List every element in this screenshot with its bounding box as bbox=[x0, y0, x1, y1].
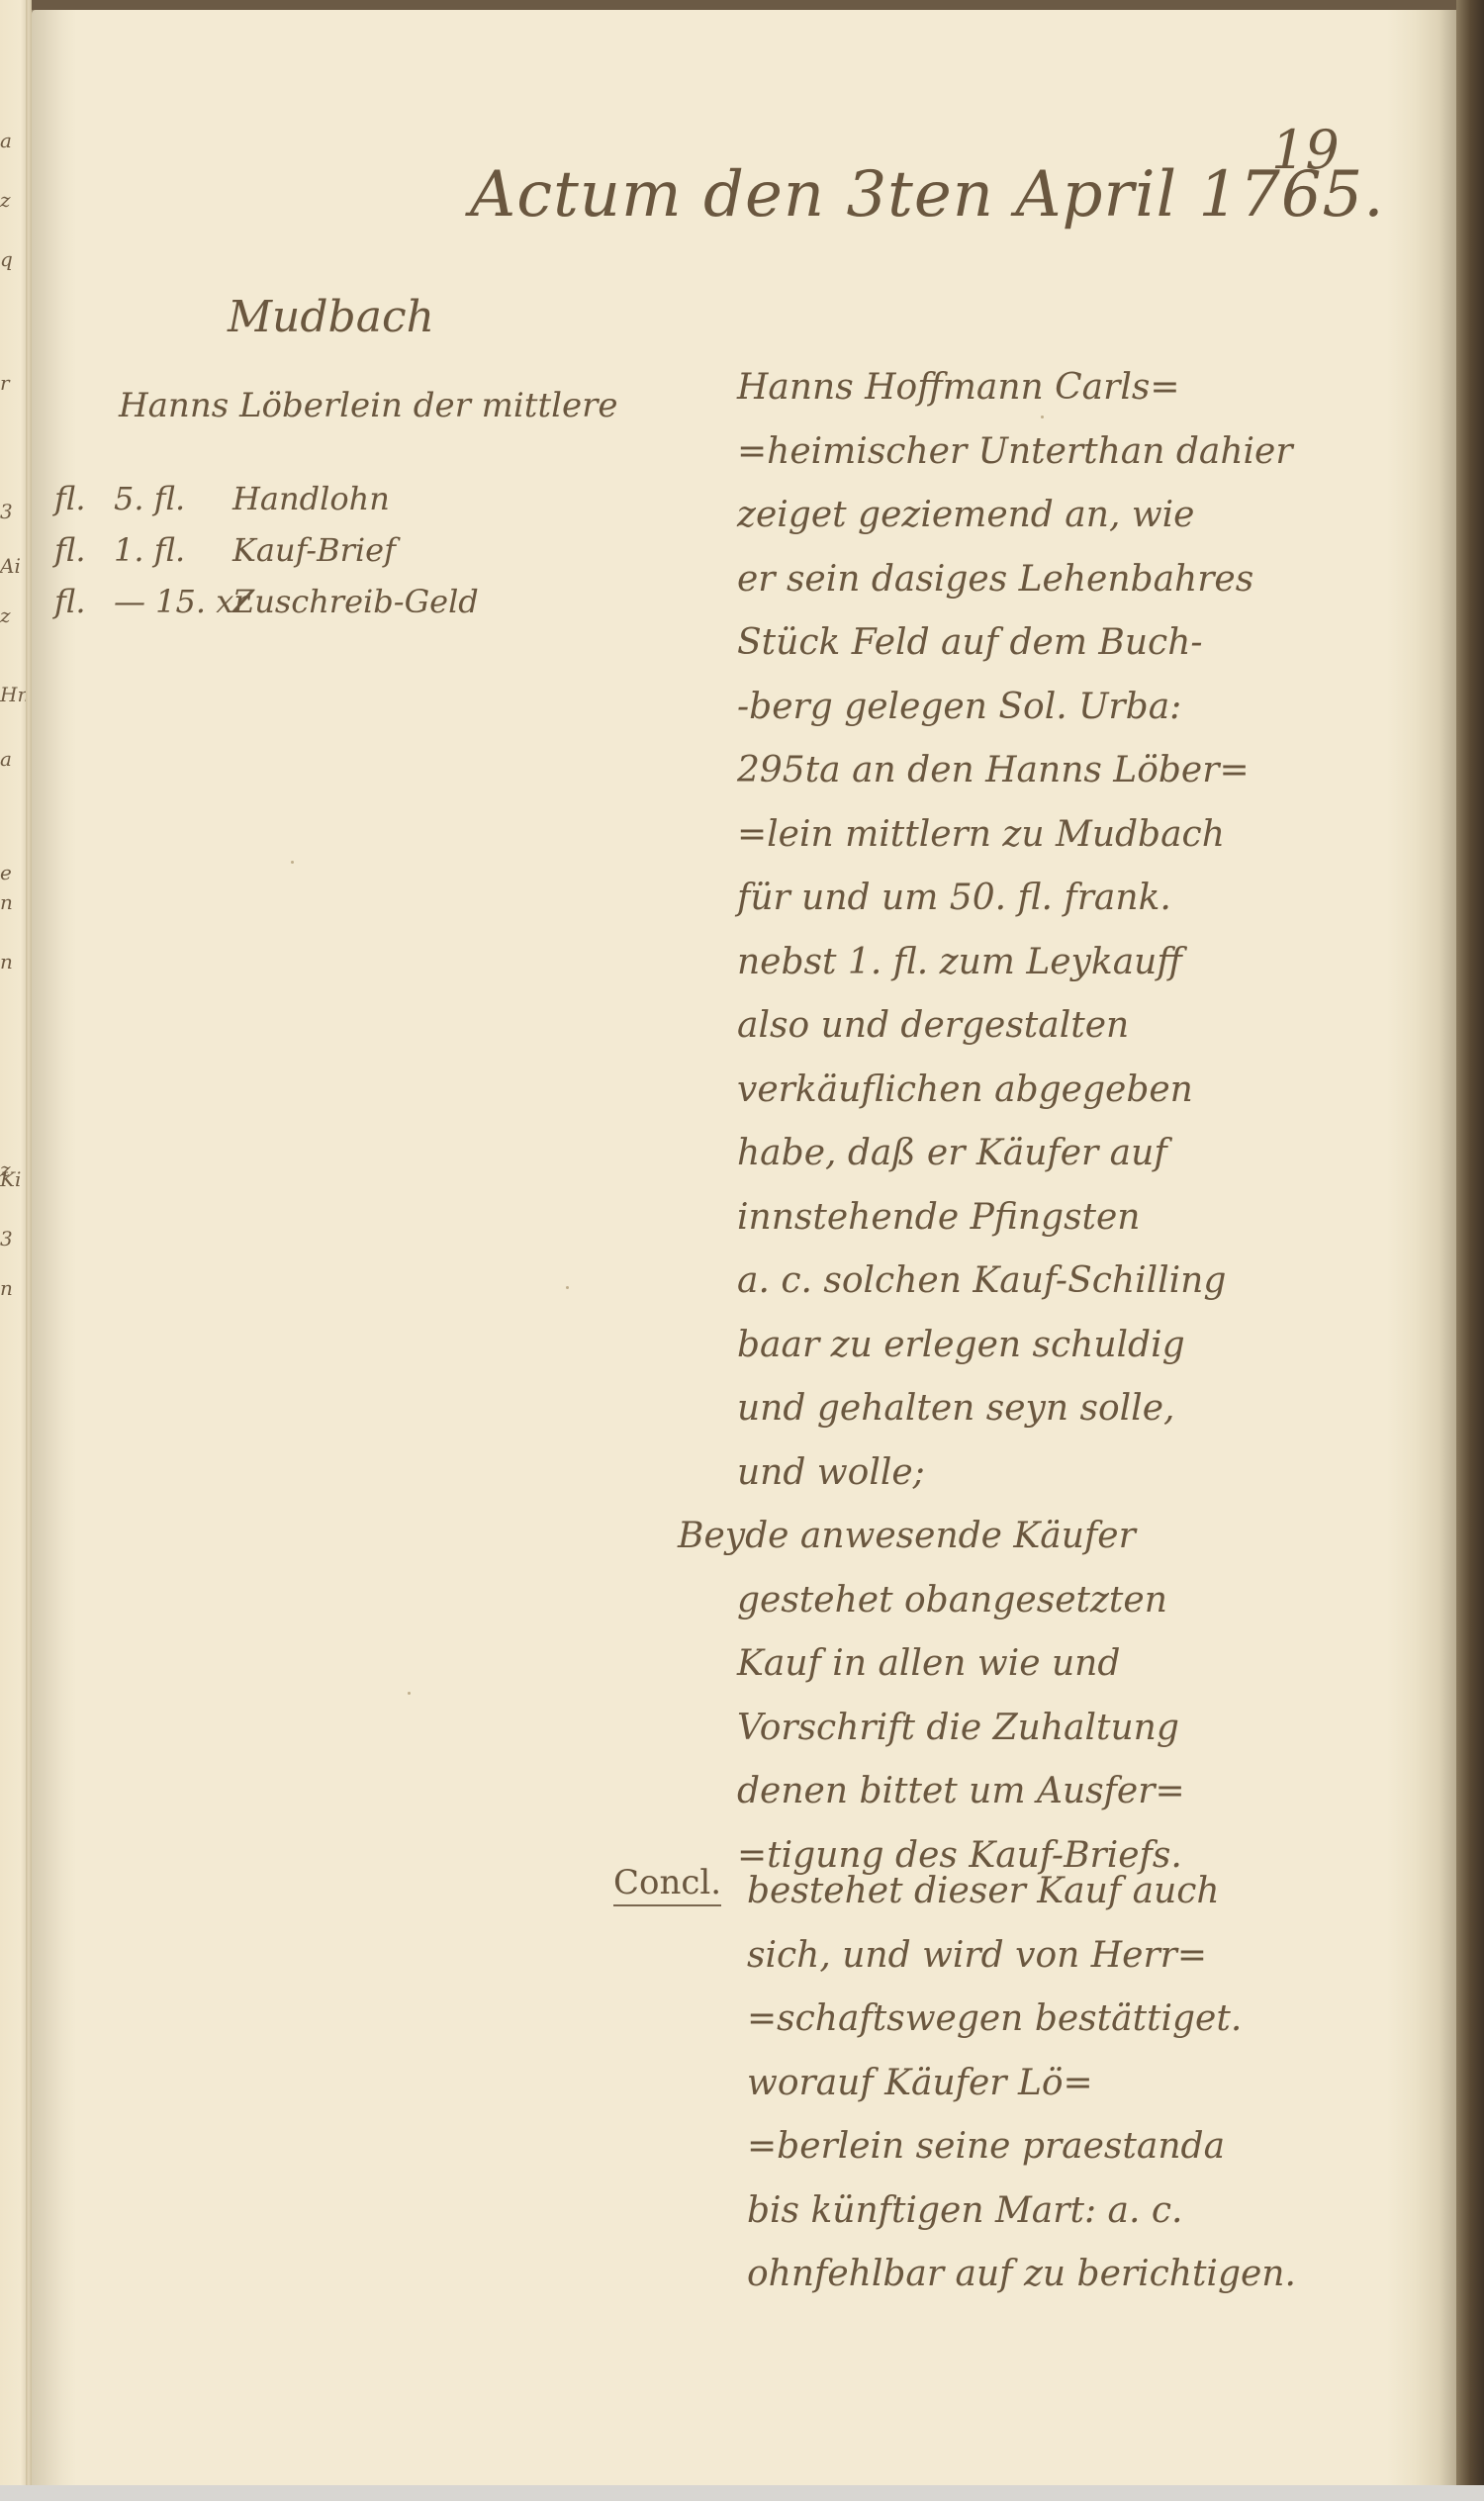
facing-page-fragment: q bbox=[0, 247, 28, 271]
margin-person-name: Hanns Löberlein der mittlere bbox=[119, 386, 618, 425]
text-line: innstehende Pfingsten bbox=[737, 1186, 1390, 1250]
conclusion-label: Concl. bbox=[613, 1863, 721, 1906]
text-line: bestehet dieser Kauf auch bbox=[747, 1860, 1400, 1924]
book-cover-edge bbox=[1456, 0, 1484, 2501]
facing-page-fragment: Hn bbox=[0, 683, 28, 706]
text-line: =lein mittlern zu Mudbach bbox=[737, 803, 1390, 868]
text-line: sich, und wird von Herr= bbox=[747, 1924, 1400, 1989]
text-line: und gehalten seyn solle, bbox=[737, 1377, 1390, 1441]
currency-symbol: fl. bbox=[54, 480, 114, 517]
facing-page-fragment: 3 bbox=[0, 500, 28, 523]
text-line: gestehet obangesetzten bbox=[737, 1569, 1390, 1633]
text-line: baar zu erlegen schuldig bbox=[737, 1314, 1390, 1378]
text-line: zeiget geziemend an, wie bbox=[737, 484, 1390, 548]
text-line: =schaftswegen bestättiget. bbox=[747, 1988, 1400, 2052]
text-line: verkäuflichen abgegeben bbox=[737, 1059, 1390, 1123]
ledger-amount: 1. fl. bbox=[114, 531, 232, 569]
facing-page-fragment: n bbox=[0, 1276, 28, 1300]
ledger-amount: — 15. xr bbox=[114, 583, 232, 620]
ledger-row: fl. 5. fl. Handlohn bbox=[54, 480, 479, 531]
text-line: er sein dasiges Lehenbahres bbox=[737, 548, 1390, 612]
fee-ledger: fl. 5. fl. Handlohn fl. 1. fl. Kauf-Brie… bbox=[54, 480, 479, 634]
currency-symbol: fl. bbox=[54, 531, 114, 569]
ledger-description: Handlohn bbox=[232, 480, 390, 517]
facing-page-fragment: a bbox=[0, 129, 28, 152]
currency-symbol: fl. bbox=[54, 583, 114, 620]
gutter-shadow bbox=[32, 10, 76, 2493]
text-line: bis künftigen Mart: a. c. bbox=[747, 2179, 1400, 2244]
margin-place-name: Mudbach bbox=[228, 292, 434, 342]
ledger-description: Zuschreib-Geld bbox=[232, 583, 479, 620]
ledger-amount: 5. fl. bbox=[114, 480, 232, 517]
ledger-row: fl. — 15. xr Zuschreib-Geld bbox=[54, 583, 479, 634]
facing-page-fragment: n bbox=[0, 890, 28, 914]
text-line: Beyde anwesende Käufer bbox=[678, 1505, 1390, 1569]
facing-page-fragment: r bbox=[0, 371, 28, 395]
text-line: ohnfehlbar auf zu berichtigen. bbox=[747, 2243, 1400, 2307]
manuscript-scan: a z q r 3 Ai z Hn a e n n z Ki 3 n 19 Ac… bbox=[0, 0, 1484, 2501]
text-line: denen bittet um Ausfer= bbox=[737, 1760, 1390, 1824]
ledger-description: Kauf-Brief bbox=[232, 531, 396, 569]
facing-page-fragment: Ki bbox=[0, 1167, 28, 1191]
facing-page-fragment: e bbox=[0, 861, 28, 884]
facing-page-fragment: z bbox=[0, 188, 28, 212]
text-line: Stück Feld auf dem Buch- bbox=[737, 611, 1390, 676]
text-line: =berlein seine praestanda bbox=[747, 2115, 1400, 2179]
text-line: a. c. solchen Kauf-Schilling bbox=[737, 1250, 1390, 1314]
facing-page-fragment: Ai bbox=[0, 554, 28, 578]
text-line: Kauf in allen wie und bbox=[737, 1632, 1390, 1697]
facing-page-fragment: 3 bbox=[0, 1227, 28, 1250]
conclusion-text-block: bestehet dieser Kauf auch sich, und wird… bbox=[747, 1860, 1400, 2307]
scan-background-strip bbox=[0, 2485, 1484, 2501]
text-line: und wolle; bbox=[737, 1441, 1390, 1506]
facing-page-fragment: z bbox=[0, 603, 28, 627]
text-line: nebst 1. fl. zum Leykauff bbox=[737, 931, 1390, 995]
text-line: =heimischer Unterthan dahier bbox=[737, 420, 1390, 485]
text-line: 295ta an den Hanns Löber= bbox=[737, 739, 1390, 803]
main-text-block: Hanns Hoffmann Carls= =heimischer Untert… bbox=[737, 356, 1390, 1888]
text-line: worauf Käufer Lö= bbox=[747, 2052, 1400, 2116]
text-line: also und dergestalten bbox=[737, 994, 1390, 1059]
facing-page-fragment: n bbox=[0, 950, 28, 973]
facing-page-fragment: a bbox=[0, 747, 28, 771]
text-line: -berg gelegen Sol. Urba: bbox=[737, 676, 1390, 740]
ledger-row: fl. 1. fl. Kauf-Brief bbox=[54, 531, 479, 583]
text-line: für und um 50. fl. frank. bbox=[737, 867, 1390, 931]
text-line: Hanns Hoffmann Carls= bbox=[737, 356, 1390, 420]
page-heading: Actum den 3ten April 1765. bbox=[470, 158, 1385, 232]
text-line: habe, daß er Käufer auf bbox=[737, 1122, 1390, 1186]
text-line: Vorschrift die Zuhaltung bbox=[737, 1697, 1390, 1761]
